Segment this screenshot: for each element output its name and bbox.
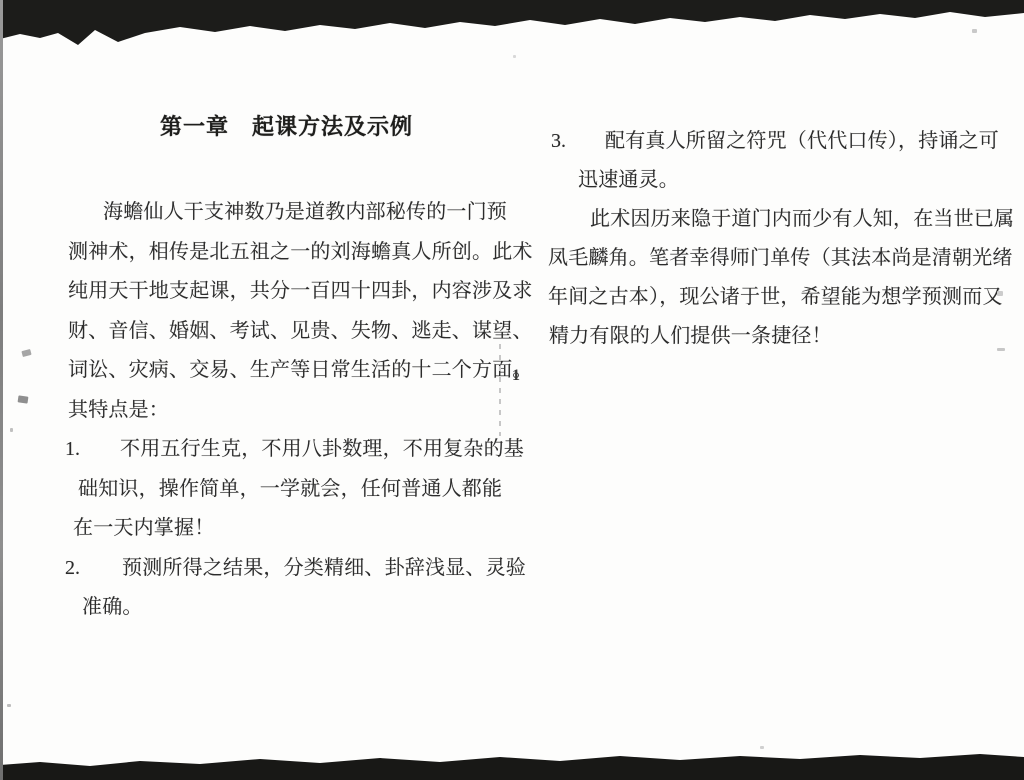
scan-speck [21, 349, 31, 357]
list-item-line: 不用五行生克，不用八卦数理，不用复杂的基 [120, 439, 524, 459]
scan-speck [18, 395, 29, 403]
list-item-line: 础知识，操作简单，一学就会，任何普通人都能 [78, 479, 502, 499]
scan-bottom-edge-band [0, 752, 1024, 780]
paragraph-line: 凤毛麟角。笔者幸得师门单传（其法本尚是清朝光绪 [548, 248, 1013, 268]
list-item-line: 配有真人所留之符咒（代代口传），持诵之可 [605, 131, 999, 151]
gutter-page-mark: 1 [512, 368, 520, 384]
chapter-title: 第一章 起课方法及示例 [160, 116, 413, 138]
paragraph-line: 精力有限的人们提供一条捷径！ [549, 326, 832, 346]
scan-speck [7, 704, 11, 707]
list-item-line: 迅速通灵。 [578, 170, 679, 190]
paragraph-line: 此术因历来隐于道门内而少有人知，在当世已属 [590, 209, 1014, 229]
list-marker-1: 1. [65, 439, 80, 459]
scan-speck [10, 428, 13, 432]
scan-left-edge-line [0, 0, 3, 780]
list-item-line: 在一天内掌握！ [73, 518, 214, 538]
scan-speck [972, 29, 977, 33]
list-item-line: 准确。 [82, 597, 143, 617]
scan-speck [513, 55, 516, 58]
list-marker-3: 3. [551, 131, 566, 151]
paragraph-line: 其特点是： [68, 400, 169, 420]
gutter-crease-line [499, 344, 501, 436]
scanned-book-spread: 第一章 起课方法及示例 海蟾仙人干支神数乃是道教内部秘传的一门预 测神术，相传是… [0, 0, 1024, 780]
list-marker-2: 2. [65, 558, 80, 578]
scan-top-edge-band [0, 0, 1024, 48]
scan-speck [760, 746, 764, 749]
paragraph-line: 海蟾仙人干支神数乃是道教内部秘传的一门预 [103, 202, 507, 222]
paragraph-line: 财、音信、婚姻、考试、见贵、失物、逃走、谋望、 [68, 321, 533, 341]
paragraph-line: 纯用天干地支起课，共分一百四十四卦，内容涉及求 [68, 281, 533, 301]
paragraph-line: 词讼、灾病、交易、生产等日常生活的十二个方面。 [68, 360, 533, 380]
list-item-line: 预测所得之结果，分类精细、卦辞浅显、灵验 [122, 558, 526, 578]
scan-speck [997, 348, 1005, 351]
scan-speck [997, 291, 1003, 296]
paragraph-line: 年间之古本），现公诸于世，希望能为想学预测而又 [548, 287, 1003, 307]
paragraph-line: 测神术，相传是北五祖之一的刘海蟾真人所创。此术 [68, 242, 533, 262]
